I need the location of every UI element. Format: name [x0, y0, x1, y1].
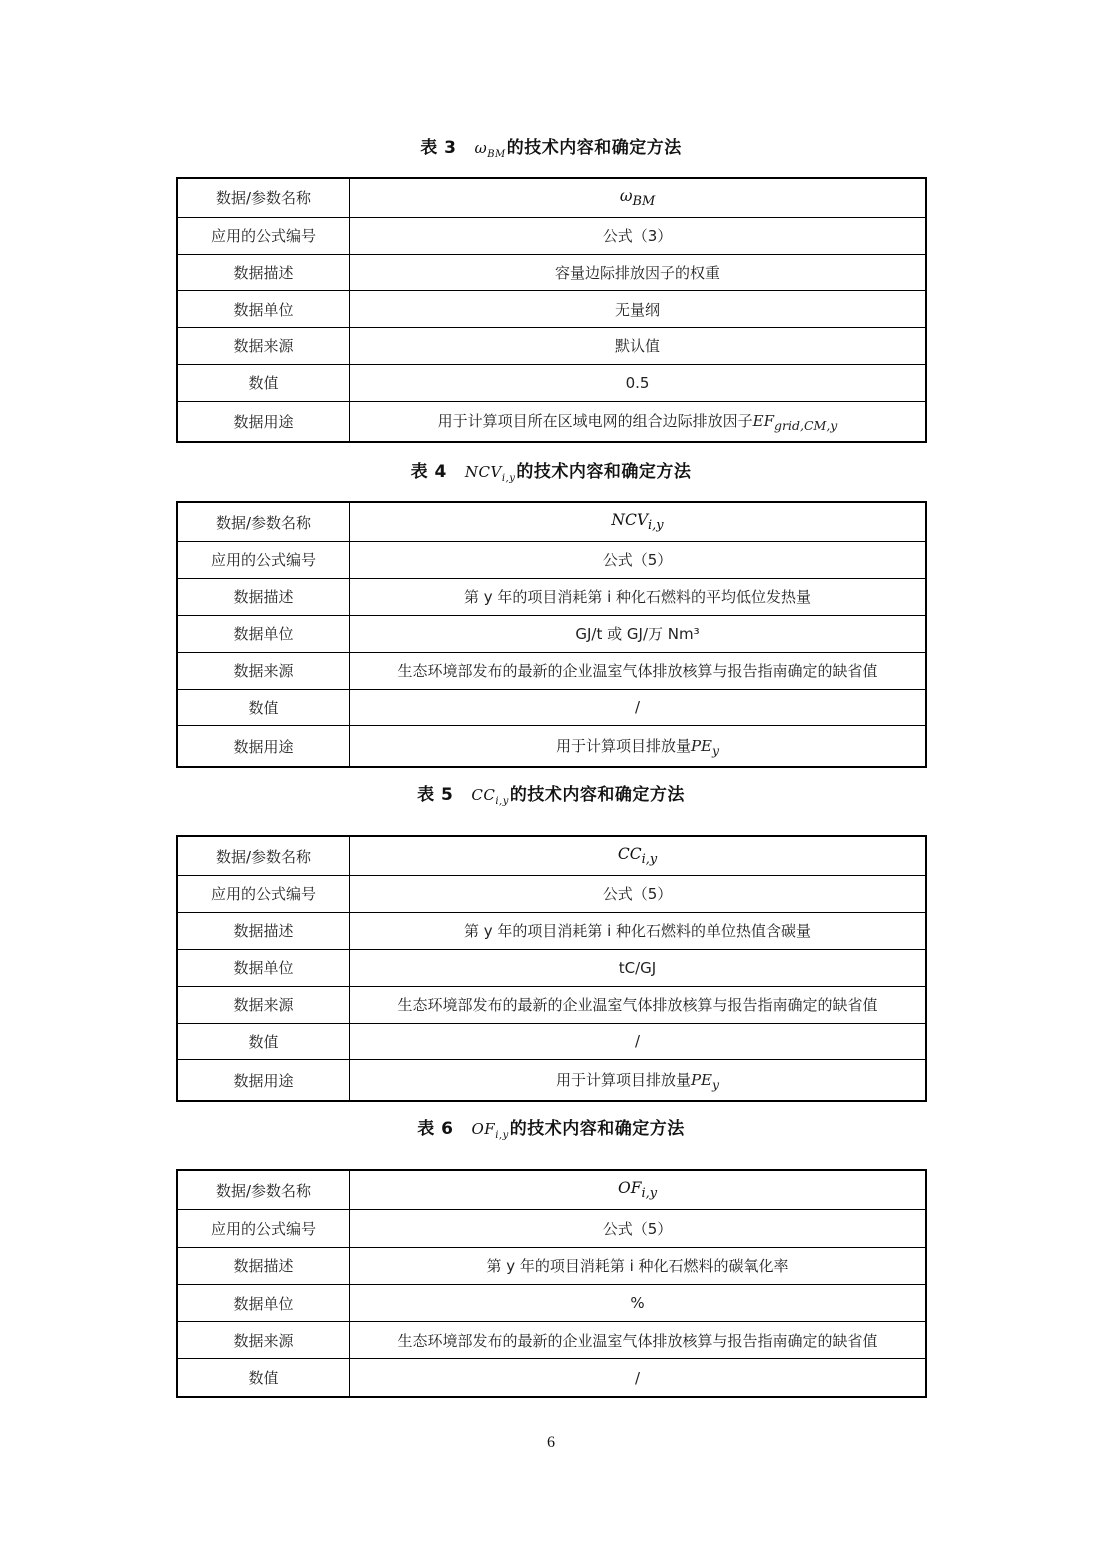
caption-symbol: ωBM	[474, 139, 505, 157]
table-6: 数据/参数名称OFi,y 应用的公式编号公式（5） 数据描述第 y 年的项目消耗…	[176, 1169, 927, 1398]
table-row: 数值/	[177, 1023, 926, 1060]
row-key: 数据/参数名称	[177, 1170, 350, 1210]
row-value: /	[350, 689, 927, 726]
row-key: 数据/参数名称	[177, 502, 350, 542]
row-value: 第 y 年的项目消耗第 i 种化石燃料的平均低位发热量	[350, 578, 927, 615]
table-4: 数据/参数名称NCVi,y 应用的公式编号公式（5） 数据描述第 y 年的项目消…	[176, 501, 927, 768]
table-row: 数据单位%	[177, 1284, 926, 1321]
row-key: 数据用途	[177, 1060, 350, 1101]
caption-suffix: 的技术内容和确定方法	[510, 1119, 685, 1139]
row-key: 数值	[177, 1359, 350, 1397]
table-row: 数据来源生态环境部发布的最新的企业温室气体排放核算与报告指南确定的缺省值	[177, 986, 926, 1023]
row-value: 公式（3）	[350, 217, 927, 254]
row-key: 数据单位	[177, 291, 350, 328]
table-5-caption: 表 5CCi,y的技术内容和确定方法	[0, 783, 1102, 807]
row-value: /	[350, 1023, 927, 1060]
row-value: OFi,y	[350, 1170, 927, 1210]
row-value: 无量纲	[350, 291, 927, 328]
table-row: 数值/	[177, 1359, 926, 1397]
row-value: 0.5	[350, 364, 927, 401]
table-3: 数据/参数名称ωBM 应用的公式编号公式（3） 数据描述容量边际排放因子的权重 …	[176, 177, 927, 443]
table-3-caption: 表 3ωBM的技术内容和确定方法	[0, 136, 1102, 160]
row-key: 应用的公式编号	[177, 876, 350, 913]
row-key: 数据单位	[177, 615, 350, 652]
row-value: ωBM	[350, 178, 927, 217]
row-key: 应用的公式编号	[177, 217, 350, 254]
row-key: 数据描述	[177, 578, 350, 615]
caption-symbol: NCVi,y	[465, 463, 515, 481]
table-row: 数据用途用于计算项目所在区域电网的组合边际排放因子EFgrid,CM,y	[177, 401, 926, 442]
row-key: 数据来源	[177, 1322, 350, 1359]
row-value: 默认值	[350, 328, 927, 365]
row-value: 用于计算项目所在区域电网的组合边际排放因子EFgrid,CM,y	[350, 401, 927, 442]
row-value: 第 y 年的项目消耗第 i 种化石燃料的碳氧化率	[350, 1247, 927, 1284]
row-key: 数值	[177, 364, 350, 401]
caption-suffix: 的技术内容和确定方法	[510, 785, 685, 805]
table-row: 数据/参数名称OFi,y	[177, 1170, 926, 1210]
table-row: 数据来源生态环境部发布的最新的企业温室气体排放核算与报告指南确定的缺省值	[177, 1322, 926, 1359]
caption-suffix: 的技术内容和确定方法	[516, 462, 691, 482]
table-label: 表 4	[411, 462, 447, 482]
table-row: 数据用途用于计算项目排放量PEy	[177, 726, 926, 767]
table-row: 数据来源生态环境部发布的最新的企业温室气体排放核算与报告指南确定的缺省值	[177, 652, 926, 689]
row-key: 数据用途	[177, 401, 350, 442]
table-row: 数据单位tC/GJ	[177, 949, 926, 986]
row-value: 用于计算项目排放量PEy	[350, 726, 927, 767]
row-key: 数据描述	[177, 912, 350, 949]
row-key: 数值	[177, 689, 350, 726]
row-value: GJ/t 或 GJ/万 Nm³	[350, 615, 927, 652]
row-value: tC/GJ	[350, 949, 927, 986]
row-value: %	[350, 1284, 927, 1321]
table-4-caption: 表 4NCVi,y的技术内容和确定方法	[0, 460, 1102, 484]
row-key: 数据用途	[177, 726, 350, 767]
table-label: 表 5	[417, 785, 453, 805]
row-key: 数值	[177, 1023, 350, 1060]
row-value: NCVi,y	[350, 502, 927, 542]
table-row: 数据/参数名称NCVi,y	[177, 502, 926, 542]
row-key: 数据描述	[177, 1247, 350, 1284]
row-key: 数据/参数名称	[177, 836, 350, 876]
row-value: 生态环境部发布的最新的企业温室气体排放核算与报告指南确定的缺省值	[350, 1322, 927, 1359]
table-row: 数据描述第 y 年的项目消耗第 i 种化石燃料的碳氧化率	[177, 1247, 926, 1284]
table-label: 表 6	[417, 1119, 453, 1139]
table-row: 应用的公式编号公式（5）	[177, 542, 926, 579]
table-row: 数据/参数名称ωBM	[177, 178, 926, 217]
row-key: 应用的公式编号	[177, 1210, 350, 1247]
table-row: 应用的公式编号公式（5）	[177, 1210, 926, 1247]
caption-symbol: CCi,y	[471, 786, 509, 804]
row-value: 生态环境部发布的最新的企业温室气体排放核算与报告指南确定的缺省值	[350, 652, 927, 689]
caption-symbol: OFi,y	[472, 1120, 509, 1138]
row-value: 用于计算项目排放量PEy	[350, 1060, 927, 1101]
table-5: 数据/参数名称CCi,y 应用的公式编号公式（5） 数据描述第 y 年的项目消耗…	[176, 835, 927, 1102]
row-value: 公式（5）	[350, 876, 927, 913]
table-row: 数值/	[177, 689, 926, 726]
table-label: 表 3	[420, 138, 456, 158]
row-key: 数据来源	[177, 328, 350, 365]
table-row: 应用的公式编号公式（3）	[177, 217, 926, 254]
table-row: 数据描述第 y 年的项目消耗第 i 种化石燃料的平均低位发热量	[177, 578, 926, 615]
table-row: 应用的公式编号公式（5）	[177, 876, 926, 913]
table-row: 数据单位GJ/t 或 GJ/万 Nm³	[177, 615, 926, 652]
row-value: 容量边际排放因子的权重	[350, 254, 927, 291]
caption-suffix: 的技术内容和确定方法	[507, 138, 682, 158]
row-key: 数据来源	[177, 652, 350, 689]
row-key: 应用的公式编号	[177, 542, 350, 579]
table-row: 数值0.5	[177, 364, 926, 401]
table-6-caption: 表 6OFi,y的技术内容和确定方法	[0, 1117, 1102, 1141]
row-value: 公式（5）	[350, 542, 927, 579]
table-row: 数据描述容量边际排放因子的权重	[177, 254, 926, 291]
row-value: CCi,y	[350, 836, 927, 876]
row-key: 数据来源	[177, 986, 350, 1023]
page-number: 6	[0, 1434, 1102, 1452]
row-key: 数据单位	[177, 1284, 350, 1321]
row-value: 公式（5）	[350, 1210, 927, 1247]
row-value: 第 y 年的项目消耗第 i 种化石燃料的单位热值含碳量	[350, 912, 927, 949]
table-row: 数据/参数名称CCi,y	[177, 836, 926, 876]
row-value: /	[350, 1359, 927, 1397]
row-value: 生态环境部发布的最新的企业温室气体排放核算与报告指南确定的缺省值	[350, 986, 927, 1023]
table-row: 数据用途用于计算项目排放量PEy	[177, 1060, 926, 1101]
row-key: 数据描述	[177, 254, 350, 291]
table-row: 数据描述第 y 年的项目消耗第 i 种化石燃料的单位热值含碳量	[177, 912, 926, 949]
row-key: 数据/参数名称	[177, 178, 350, 217]
row-key: 数据单位	[177, 949, 350, 986]
table-row: 数据单位无量纲	[177, 291, 926, 328]
table-row: 数据来源默认值	[177, 328, 926, 365]
